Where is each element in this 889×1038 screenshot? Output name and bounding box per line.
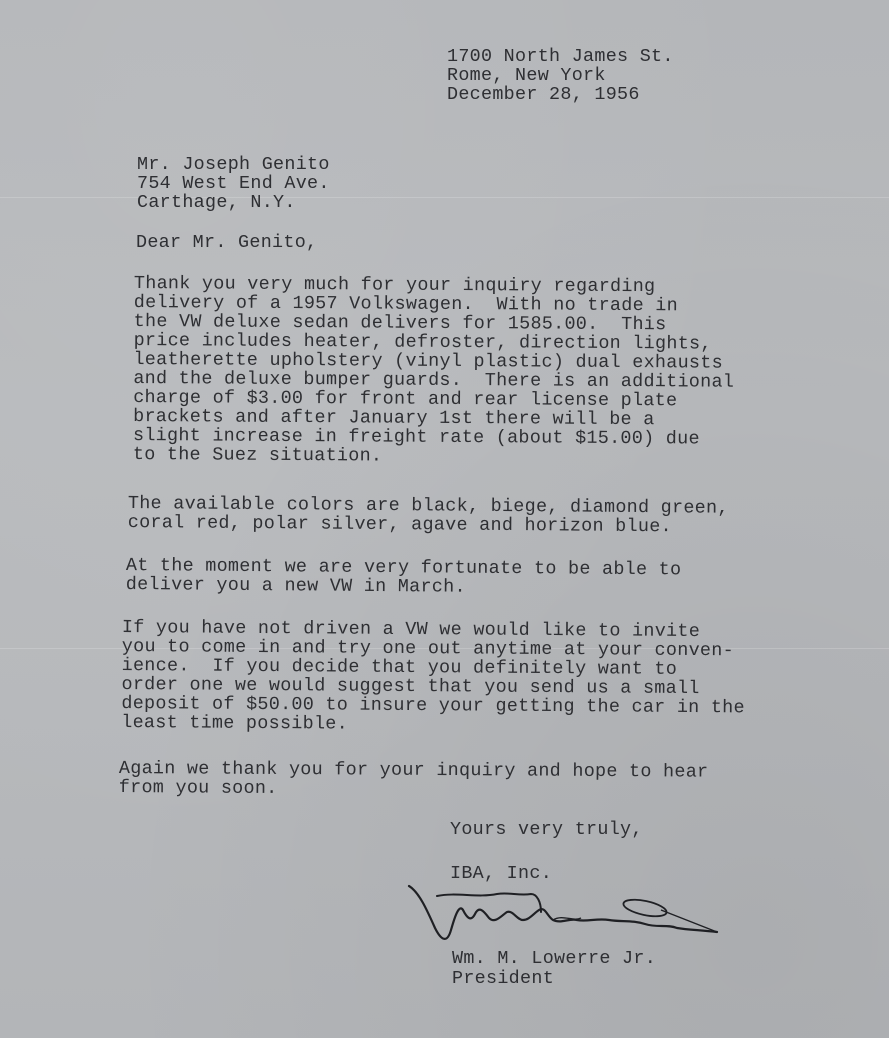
paragraph-delivery: At the moment we are very fortunate to b… bbox=[126, 556, 682, 598]
salutation-text: Dear Mr. Genito, bbox=[136, 233, 317, 252]
return-city: Rome, New York bbox=[447, 66, 674, 85]
paragraph-pricing: Thank you very much for your inquiry reg… bbox=[133, 274, 735, 468]
paragraph-colors: The available colors are black, biege, d… bbox=[128, 494, 729, 537]
paragraph-invitation: If you have not driven a VW we would lik… bbox=[121, 618, 745, 736]
recipient-address: Mr. Joseph Genito 754 West End Ave. Cart… bbox=[137, 155, 330, 212]
paragraph-thanks: Again we thank you for your inquiry and … bbox=[119, 759, 709, 801]
return-address: 1700 North James St. Rome, New York Dece… bbox=[447, 47, 674, 104]
letter-paper: 1700 North James St. Rome, New York Dece… bbox=[0, 0, 889, 1038]
recipient-street: 754 West End Ave. bbox=[137, 174, 330, 193]
signer-name: Wm. M. Lowerre Jr. bbox=[452, 949, 656, 968]
letter-date: December 28, 1956 bbox=[447, 85, 674, 104]
salutation: Dear Mr. Genito, bbox=[136, 233, 317, 252]
paragraph-line: coral red, polar silver, agave and horiz… bbox=[128, 513, 729, 537]
signer-title: President bbox=[452, 969, 554, 988]
paper-fold bbox=[0, 197, 889, 198]
recipient-name: Mr. Joseph Genito bbox=[137, 155, 330, 174]
recipient-city: Carthage, N.Y. bbox=[137, 193, 330, 212]
return-street: 1700 North James St. bbox=[447, 47, 674, 66]
closing: Yours very truly, bbox=[450, 820, 643, 839]
